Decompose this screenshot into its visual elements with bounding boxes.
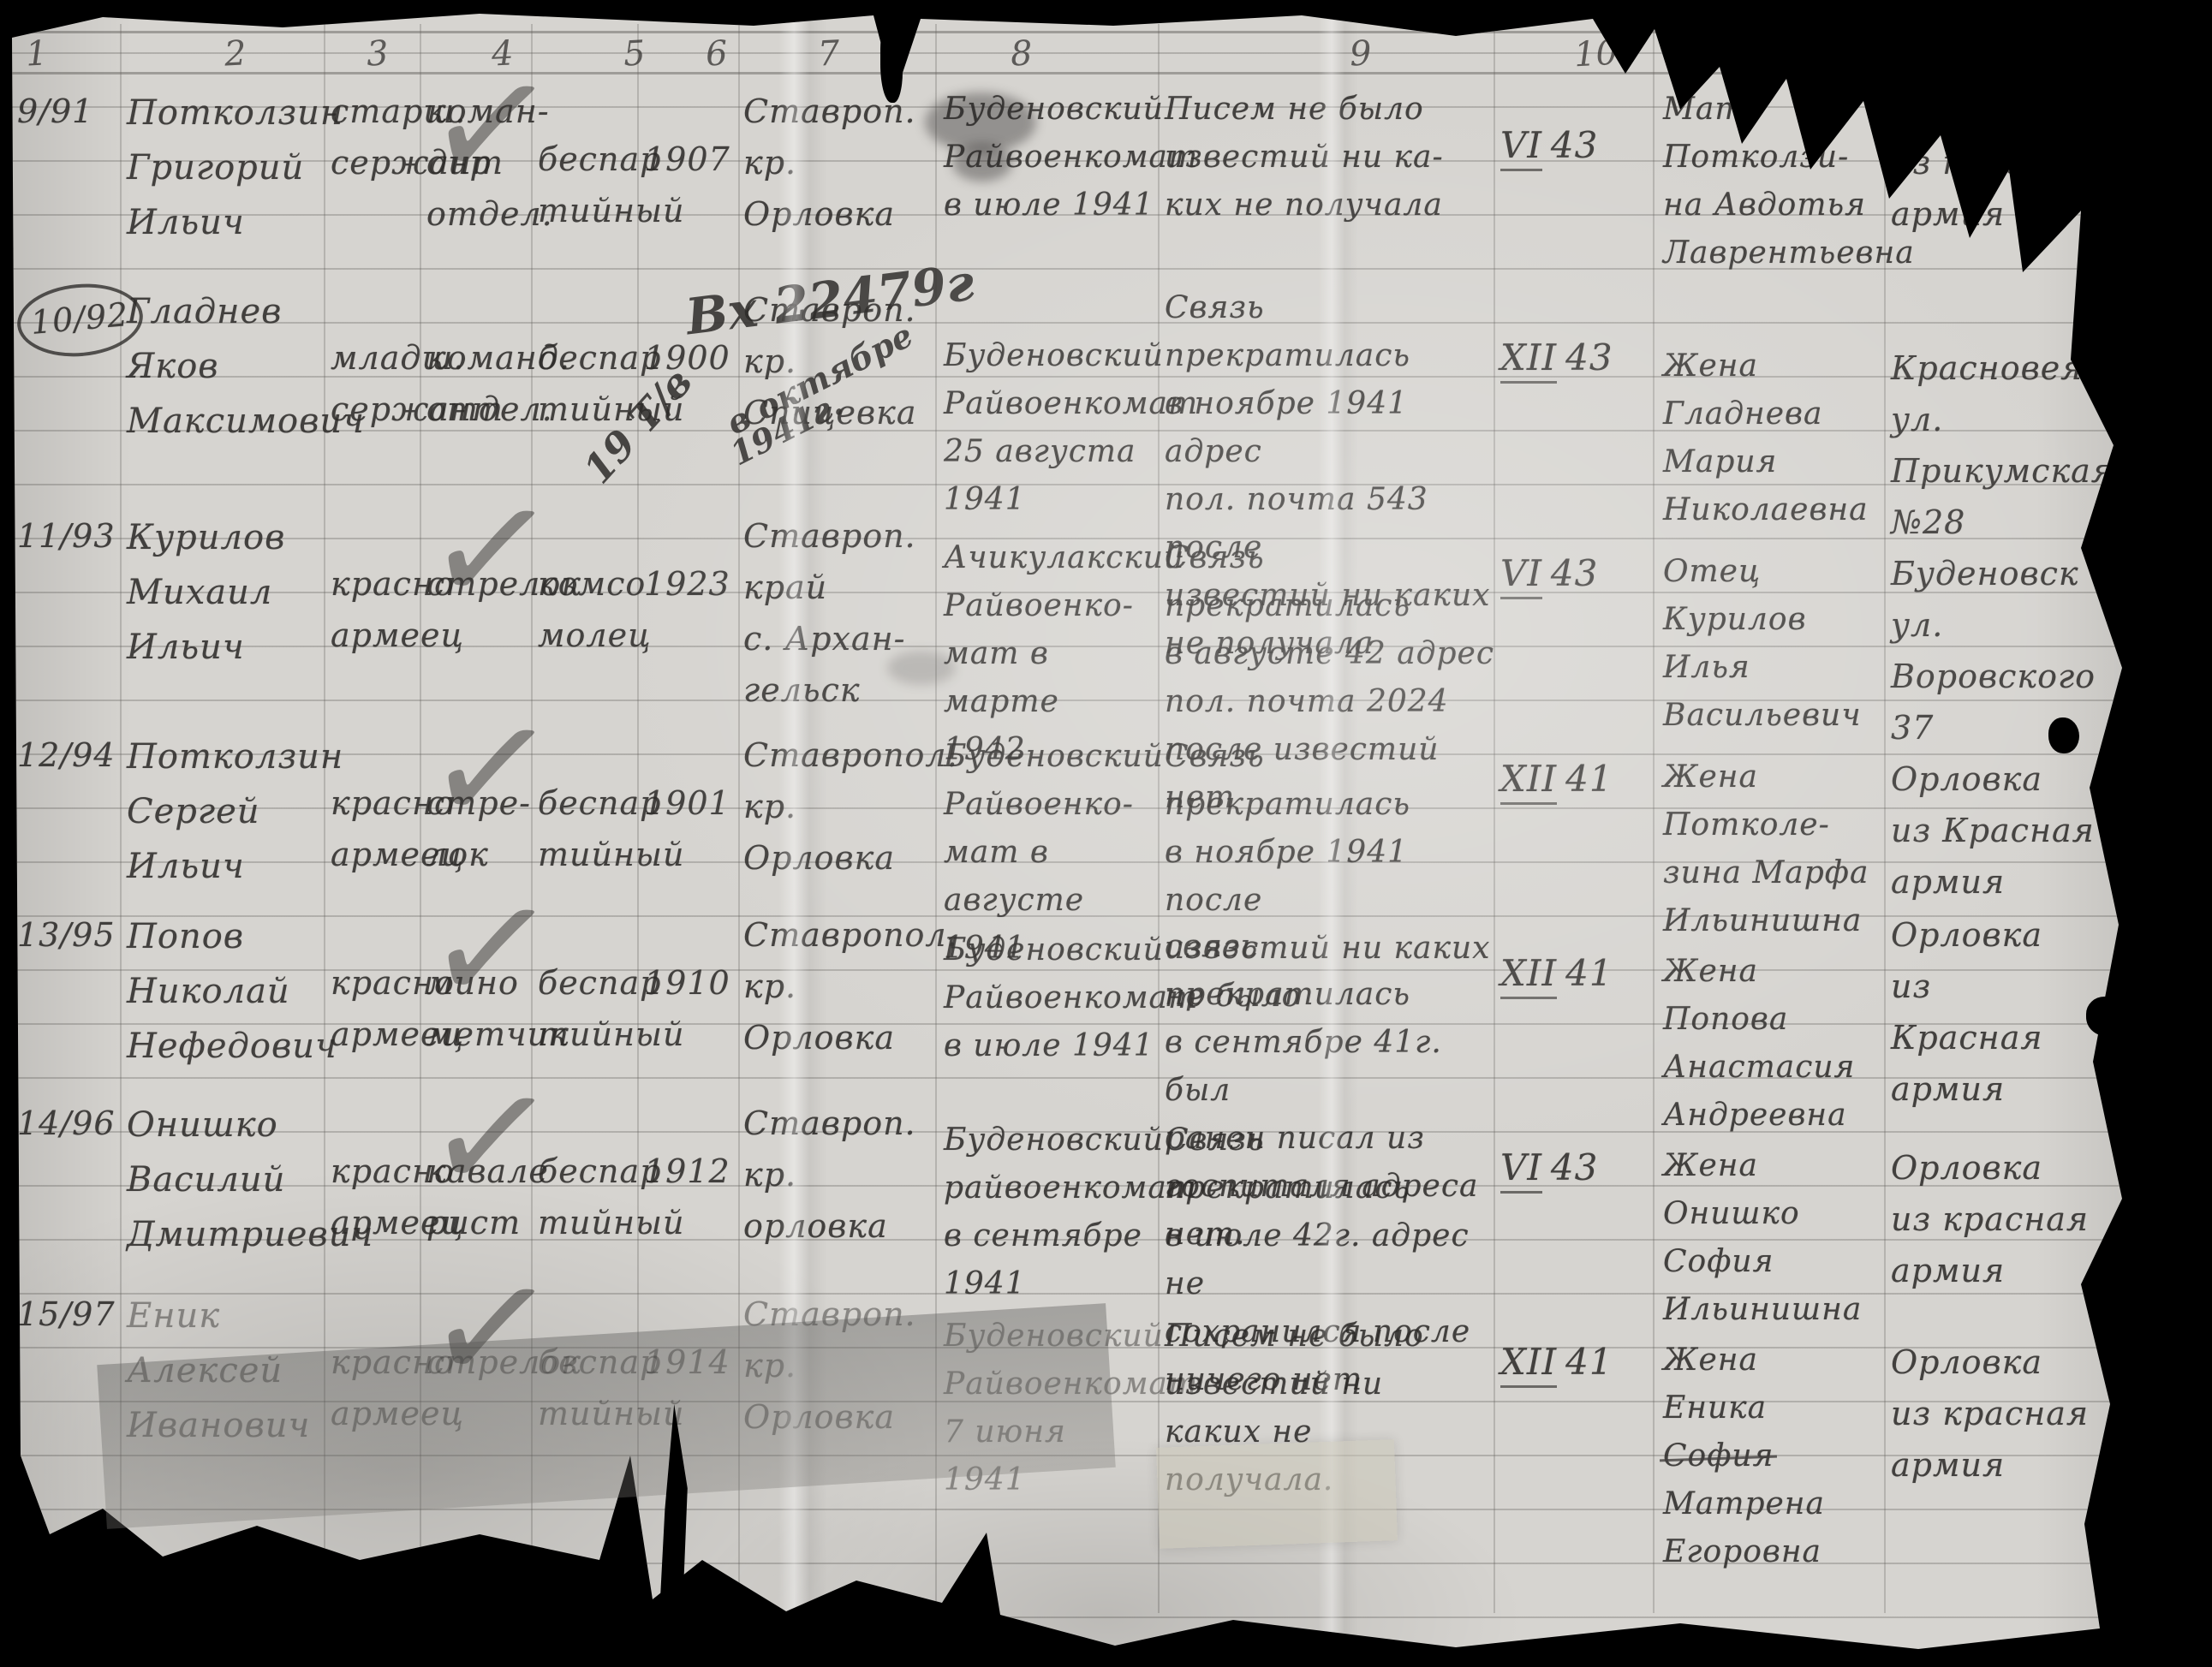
cell-mark: XII41 <box>1500 753 1651 805</box>
cell-mark: VI43 <box>1500 120 1651 171</box>
cell-residence: Ставроп. крайс. Архан-гельск <box>743 510 933 716</box>
cell-born: 1901 <box>644 777 735 829</box>
column-header: 6 <box>705 33 729 74</box>
header-rule-top <box>9 31 2101 33</box>
check-date-roman: XII <box>1500 336 1557 384</box>
cell-duty: стре-лок <box>426 777 528 880</box>
column-header: 5 <box>623 33 647 74</box>
column-line <box>1494 24 1495 1613</box>
cell-name: КуриловМихаилИльич <box>127 510 320 675</box>
column-line <box>1884 24 1886 1613</box>
cell-party: беспартийный <box>538 1146 634 1248</box>
cell-num: 13/95 <box>17 909 113 961</box>
check-date-year: 41 <box>1565 758 1613 800</box>
cell-duty: минометчик <box>426 957 528 1060</box>
cell-enlisted: Буденовскийрайвоенкоматв сентябре 1941 <box>944 1116 1156 1308</box>
check-date-year: 43 <box>1565 336 1613 378</box>
column-header: 4 <box>491 33 515 74</box>
cell-relative: ЖенаОнишкоСофияИльинишна <box>1663 1142 1879 1334</box>
check-date-year: 43 <box>1551 124 1598 166</box>
check-date-year: 41 <box>1565 952 1613 994</box>
cell-relative: ЖенаПотколе-зина МарфаИльинишна <box>1663 753 1879 945</box>
cell-status: Связь прекратиласьв ноябре 1941 адреспол… <box>1165 284 1495 668</box>
checkmark-icon: ✓ <box>418 866 565 1034</box>
cell-born: 1912 <box>644 1146 735 1197</box>
ink-smudge <box>925 92 1036 152</box>
cell-address: Орловкаиз краснаяармия <box>1891 1337 2100 1491</box>
ink-smudge <box>887 651 956 685</box>
cell-relative: ЖенаГладневаМарияНиколаевна <box>1663 342 1879 534</box>
cell-name: ГладневЯковМаксимович <box>127 284 320 449</box>
cell-mark: XII41 <box>1500 1337 1651 1388</box>
column-header: 10 <box>1573 33 1619 75</box>
column-header: 11 <box>1746 33 1792 75</box>
ink-smudge <box>952 144 1012 182</box>
paper-hole <box>2048 717 2079 753</box>
cell-party: беспартийный <box>538 332 634 435</box>
cell-mark: XII43 <box>1500 332 1651 384</box>
cell-born: 1910 <box>644 957 735 1009</box>
cell-residence: Ставроп. кр.Спицевка <box>743 284 933 438</box>
header-rule-bottom <box>9 72 2101 74</box>
paper-hole <box>880 26 903 103</box>
cell-residence: Ставропол. кр.Орловка <box>743 909 933 1063</box>
cell-residence: Ставроп. кр.орловка <box>743 1098 933 1252</box>
cell-party: комсомолец <box>538 558 634 661</box>
column-header: 1 <box>25 33 49 74</box>
cell-residence: Ставропол. кр.Орловка <box>743 729 933 884</box>
cell-num: 11/93 <box>17 510 113 562</box>
cell-num: 12/94 <box>17 729 113 781</box>
check-date-roman: VI <box>1500 124 1542 171</box>
cell-rank: красноармеец <box>331 957 418 1060</box>
cell-status: Писем не былоизвестий ни ка-ких не получ… <box>1165 86 1495 229</box>
check-date-roman: XII <box>1500 952 1557 999</box>
cell-rank: старш.сержант <box>331 86 418 188</box>
cell-born: 1907 <box>644 134 735 185</box>
handwritten-annotation: в октябре <box>720 315 919 442</box>
cell-status: связь прекратиласьв сентябре 41г. былран… <box>1165 923 1495 1259</box>
cell-rank: младш.сержант <box>331 332 418 435</box>
checkmark-icon: ✓ <box>418 42 565 211</box>
cell-status: Связь прекратиласьв августе 42 адреспол.… <box>1165 534 1495 822</box>
cell-duty: кавалерист <box>426 1146 528 1248</box>
check-date-roman: VI <box>1500 552 1542 599</box>
handwritten-annotation: Вх 22479г <box>683 253 977 347</box>
cell-duty: стрелок <box>426 558 528 610</box>
checkmark-icon: ✓ <box>418 1054 565 1223</box>
cell-mark: VI43 <box>1500 1142 1651 1194</box>
cell-num: 14/96 <box>17 1098 113 1149</box>
cell-enlisted: БуденовскийРайвоенкоматв июле 1941 <box>944 926 1156 1070</box>
column-line <box>1158 24 1160 1613</box>
cell-duty: коман-диротдел. <box>426 86 528 240</box>
cell-address: Орловкаиз краснаяармия <box>1891 86 2100 240</box>
cell-party: беспартийный <box>538 777 634 880</box>
cell-relative: ЖенаПоповаАнастасияАндреевна <box>1663 948 1879 1140</box>
cell-address: Красновеяул. Прикумская№28 <box>1891 342 2100 548</box>
check-date-year: 41 <box>1565 1341 1613 1383</box>
cell-name: ПоповНиколайНефедович <box>127 909 320 1074</box>
checkmark-icon: ✓ <box>418 467 565 635</box>
column-header: 12 <box>1989 33 2035 75</box>
struck-text: София <box>1663 1432 1774 1480</box>
cell-party: беспартийный <box>538 957 634 1060</box>
column-header: 8 <box>1010 33 1034 74</box>
column-header: 9 <box>1349 33 1373 74</box>
cell-rank: красноармеец <box>331 777 418 880</box>
check-date-year: 43 <box>1551 1146 1598 1188</box>
cell-rank: красноармеец <box>331 558 418 661</box>
cell-status: Связь прекратиласьв ноябре 1941 послеизв… <box>1165 733 1495 1021</box>
cell-address: Орловкаиз краснаяармия <box>1891 1142 2100 1296</box>
cell-relative: МатьПотколзи-на АвдотьяЛаврентьевна <box>1663 86 1879 277</box>
cell-party: беспартийный <box>538 134 634 236</box>
handwritten-annotation: 19 Т/в <box>575 359 701 492</box>
cell-mark: VI43 <box>1500 548 1651 599</box>
cell-relative: ЖенаЕникаСофияМатренаЕгоровна <box>1663 1337 1879 1576</box>
column-header: 3 <box>366 33 390 74</box>
column-line <box>1653 24 1655 1613</box>
column-header: 7 <box>817 33 841 74</box>
tape-repair-patch <box>1156 1439 1398 1549</box>
cell-address: ОрловкаизКраснаяармия <box>1891 909 2100 1115</box>
cell-num: 15/97 <box>17 1289 113 1340</box>
check-date-roman: XII <box>1500 758 1557 805</box>
cell-rank: красноармеец <box>331 1146 418 1248</box>
cell-name: ПотколзинСергейИльич <box>127 729 320 894</box>
cell-address: Орловкаиз Краснаяармия <box>1891 753 2100 908</box>
cell-residence: Ставроп. кр.Орловка <box>743 86 933 240</box>
check-date-roman: XII <box>1500 1341 1557 1388</box>
cell-enlisted: БуденовскийРайвоенко-мат в августе1941 <box>944 733 1156 973</box>
cell-status: Связь прекратиласьв июле 42г. адрес несо… <box>1165 1116 1495 1404</box>
column-header: 2 <box>224 33 247 74</box>
cell-name: ОнишкоВасилийДмитриевич <box>127 1098 320 1262</box>
cell-mark: XII41 <box>1500 948 1651 999</box>
cell-num: 9/91 <box>17 86 113 137</box>
check-date-roman: VI <box>1500 1146 1542 1194</box>
cell-name: ПотколзинГригорийИльич <box>127 86 320 250</box>
cell-born: 1900 <box>644 332 735 384</box>
cell-duty: команд.отдел. <box>426 332 528 435</box>
scanner-background: 123456789101112 9/91ПотколзинГригорийИль… <box>0 0 2212 1667</box>
paper-hole <box>2086 997 2127 1036</box>
cell-enlisted: БуденовскийРайвоенкомат25 августа1941 <box>944 332 1156 524</box>
circled-entry-number: 10/92 <box>15 279 146 361</box>
handwritten-annotation: 1941г. <box>724 384 849 473</box>
cell-num: 10/92 <box>17 284 113 356</box>
cell-enlisted: АчикулакскийРайвоенко-мат в марте1942 <box>944 534 1156 774</box>
check-date-year: 43 <box>1551 552 1598 594</box>
cell-born: 1923 <box>644 558 735 610</box>
checkmark-icon: ✓ <box>418 686 565 854</box>
cell-relative: ОтецКуриловИльяВасильевич <box>1663 548 1879 740</box>
cell-enlisted: БуденовскийРайвоенкоматв июле 1941 <box>944 86 1156 229</box>
